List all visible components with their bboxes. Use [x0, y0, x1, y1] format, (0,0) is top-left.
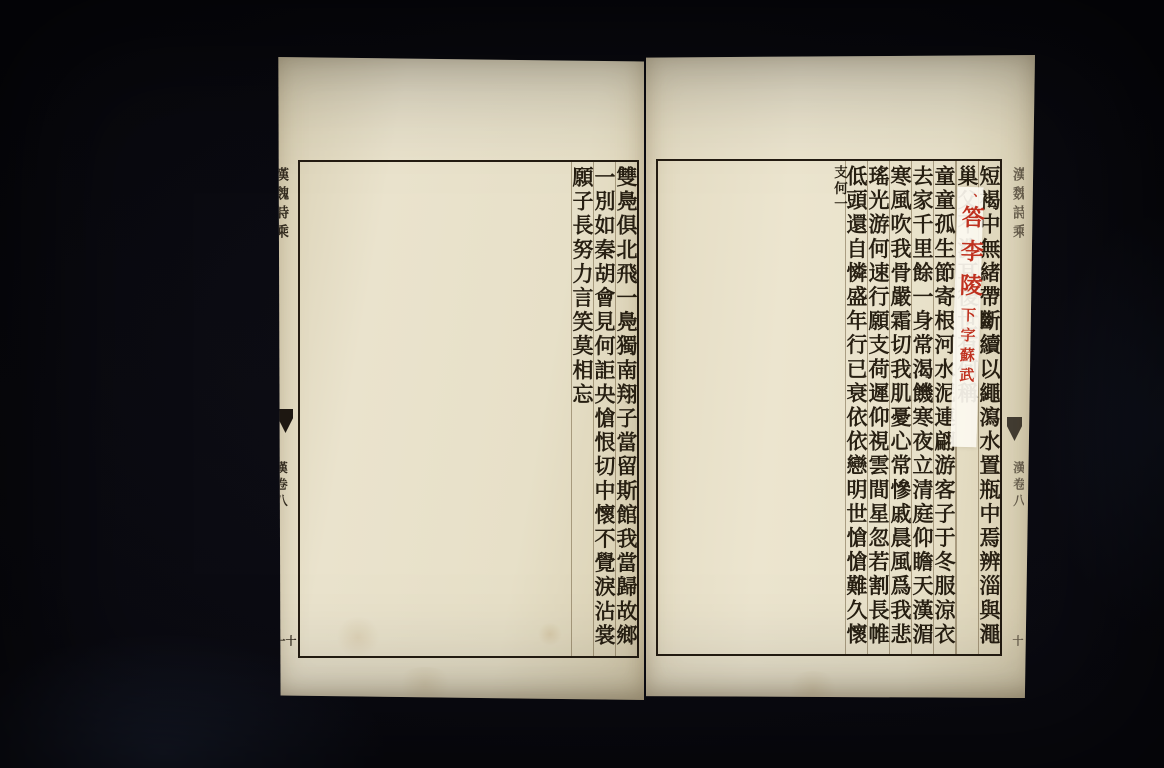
fishtail-ornament-icon: [278, 409, 293, 433]
red-pause-mark: 、: [964, 193, 978, 205]
volume-label: 漢卷八: [1012, 461, 1024, 511]
note-left-subcolumn: 作去何: [0, 165, 263, 213]
poem-column: 寒風吹我骨嚴霜切我肌憂心常慘戚晨風爲我悲: [889, 161, 911, 654]
paper-stain: [786, 671, 840, 707]
section-title: 古詩二首: [0, 257, 2, 353]
folded-edge-strip: 漢魏詩乘 漢卷八 十一: [278, 161, 297, 657]
page-number: 十: [1012, 635, 1023, 648]
poem-column: 低頭還自憐盛年行已衰依依戀明世愴愴難久懷: [845, 161, 867, 654]
text-frame-left: 雙鳧俱北飛一鳧獨南翔子當留斯館我當歸故鄉 一別如秦胡會見何詎央愴恨切中懷不覺淚沾…: [298, 160, 639, 658]
text-frame-right: 短褐中無緒帶斷續以繩瀉水置瓶中焉辨淄與澠 巢父不洗耳後世有何稱 、答李陵下字蘇武…: [656, 159, 1002, 656]
fishtail-ornament-icon: [1007, 417, 1022, 441]
photo-scene: 短褐中無緒帶斷續以繩瀉水置瓶中焉辨淄與澠 巢父不洗耳後世有何稱 、答李陵下字蘇武…: [0, 0, 1164, 768]
poem-column: 願子長努力言笑莫相忘: [571, 162, 593, 656]
poem-column: 瑤光游何速行願支荷遲仰視雲間星忽若割長帷: [867, 161, 889, 654]
page-right: 短褐中無緒帶斷續以繩瀉水置瓶中焉辨淄與澠 巢父不洗耳後世有何稱 、答李陵下字蘇武…: [646, 55, 1035, 698]
page-left: 雙鳧俱北飛一鳧獨南翔子當留斯館我當歸故鄉 一別如秦胡會見何詎央愴恨切中懷不覺淚沾…: [275, 57, 644, 700]
poem-column: 雙鳧俱北飛一鳧獨南翔子當留斯館我當歸故鄉: [615, 162, 637, 656]
folded-edge-strip: 漢魏詩乘 漢卷八 十: [1004, 161, 1024, 653]
book-title: 漢魏詩乘: [278, 167, 288, 243]
poem-column: 去家千里餘一身常渴饑寒夜立清庭仰瞻天漢湄: [911, 161, 933, 654]
book-title: 漢魏詩乘: [1012, 167, 1024, 243]
annotation-main-text: 答李陵: [955, 205, 985, 308]
volume-label: 漢卷八: [278, 461, 287, 511]
paper-stain: [395, 667, 455, 701]
page-number: 十一: [278, 635, 296, 657]
poem-column: 一別如秦胡會見何詎央愴恨切中懷不覺淚沾裳: [593, 162, 615, 656]
annotation-small-text: 下字蘇武: [957, 307, 977, 387]
